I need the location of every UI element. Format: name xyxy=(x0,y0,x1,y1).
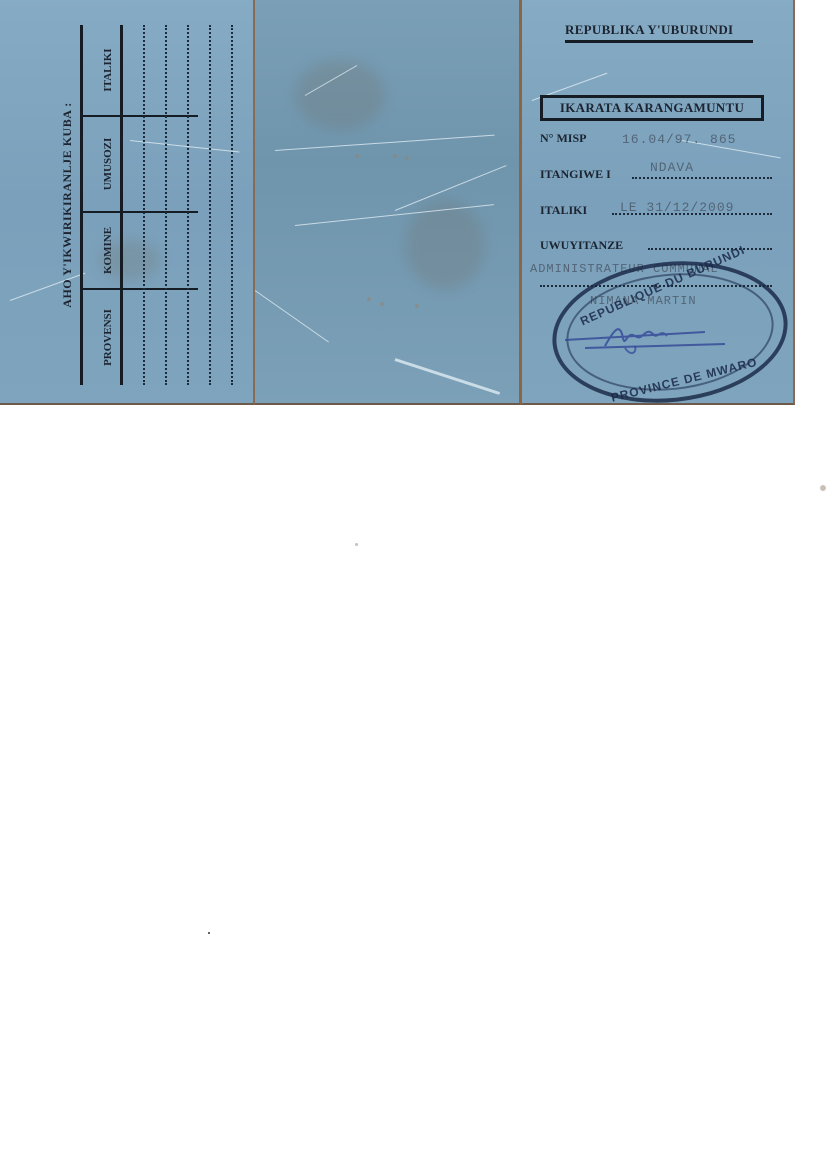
field-label-itangiwe: ITANGIWE I xyxy=(540,167,611,182)
table-row xyxy=(143,25,145,385)
column-header-provensi: PROVENSI xyxy=(102,290,114,385)
residence-table-title: AHO Y'IKWIRIKIRANLJE KUBA : xyxy=(60,25,75,385)
table-row xyxy=(165,25,167,385)
field-label-uwuyitanze: UWUYITANZE xyxy=(540,238,623,253)
scan-speck xyxy=(355,543,358,546)
identity-card: AHO Y'IKWIRIKIRANLJE KUBA : PROVENSI KOM… xyxy=(0,0,795,405)
header-underline xyxy=(565,40,753,43)
scan-speck xyxy=(820,485,826,491)
field-label-misp: N° MISP xyxy=(540,131,586,146)
card-title-box: IKARATA KARANGAMUNTU xyxy=(540,95,764,121)
residence-table: PROVENSI KOMINE UMUSOZI ITALIKI xyxy=(80,25,240,385)
column-header-umusozi: UMUSOZI xyxy=(102,117,114,211)
column-header-italiki: ITALIKI xyxy=(102,25,114,115)
country-header: REPUBLIKA Y'UBURUNDI xyxy=(565,22,733,38)
table-row xyxy=(231,25,233,385)
column-header-komine: KOMINE xyxy=(102,213,114,288)
field-value-misp: 16.04/97. 865 xyxy=(622,132,736,147)
table-row xyxy=(187,25,189,385)
table-row xyxy=(209,25,211,385)
middle-panel-blank xyxy=(255,0,522,405)
field-label-italiki: ITALIKI xyxy=(540,203,587,218)
signature-icon xyxy=(565,318,725,358)
field-value-itangiwe: NDAVA xyxy=(650,160,694,175)
scan-speck xyxy=(208,932,210,934)
